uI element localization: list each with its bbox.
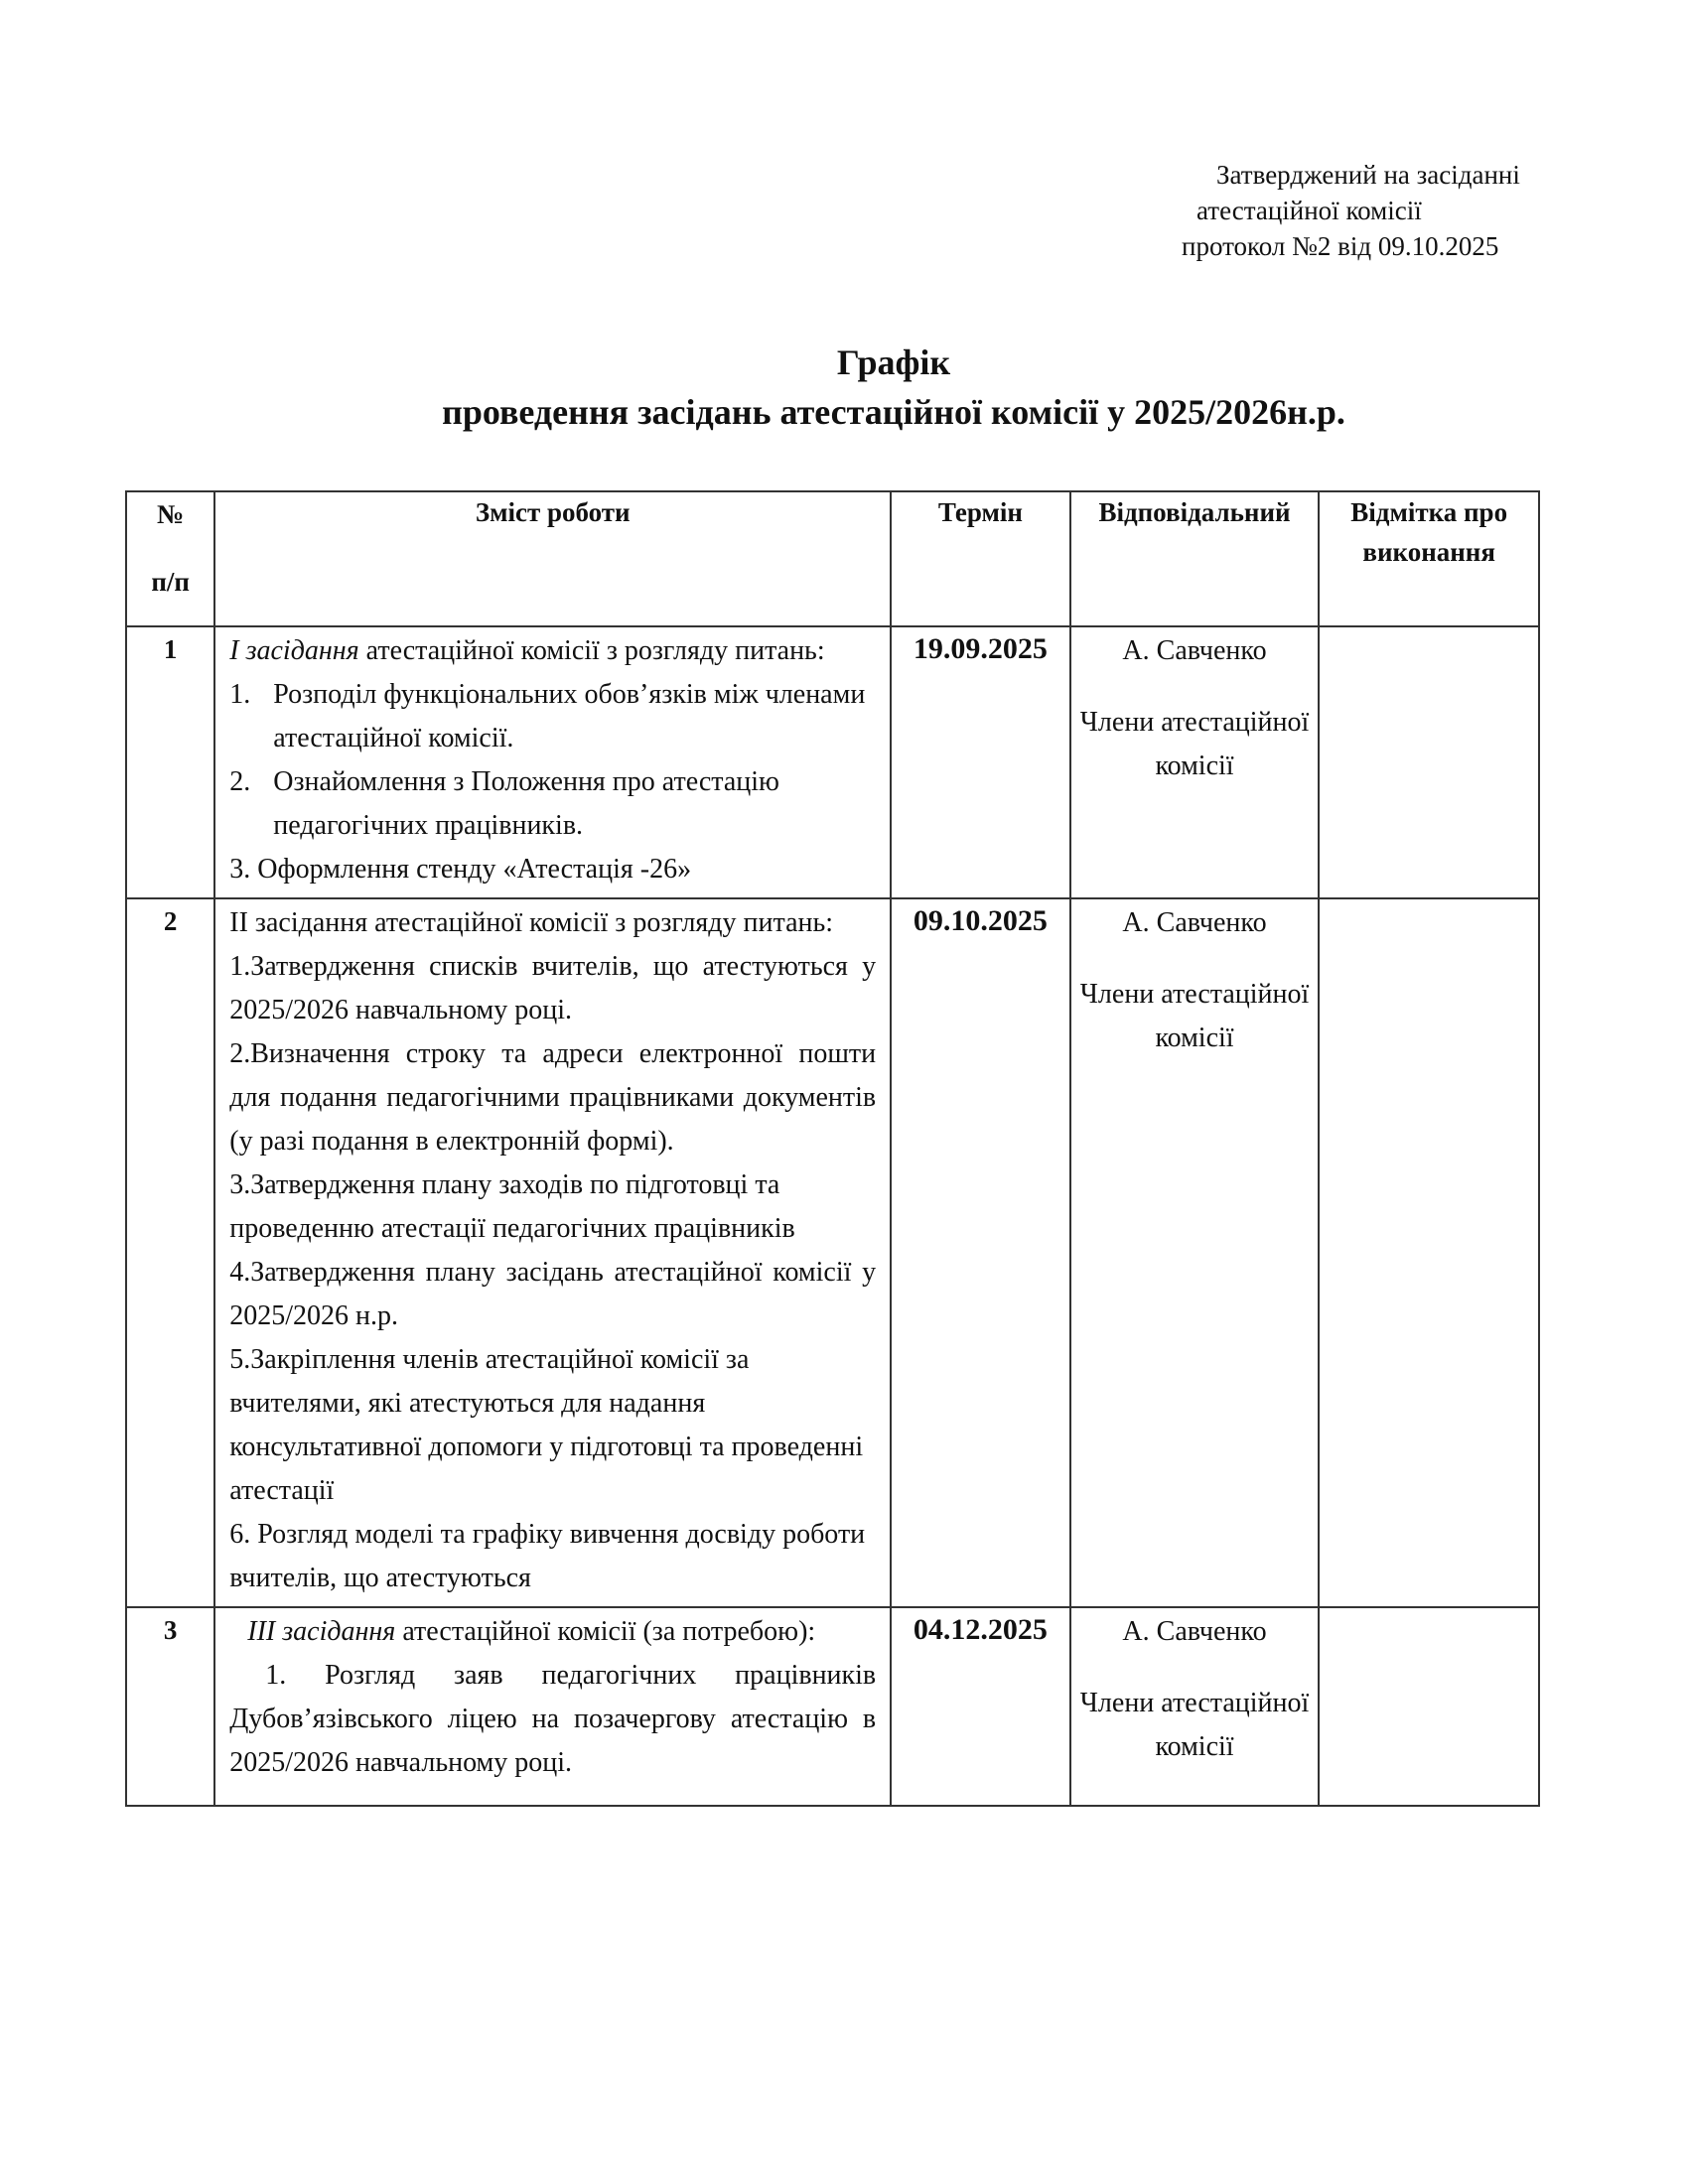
table-row: 1 І засідання атестаційної комісії з роз… [126, 626, 1539, 898]
schedule-table: № п/п Зміст роботи Термін Відповідальний… [125, 490, 1540, 1807]
list-item-number: 2. [229, 760, 273, 804]
row-content: ІІ засідання атестаційної комісії з розг… [214, 898, 891, 1607]
list-item-number: 1. [229, 673, 273, 717]
row-term: 09.10.2025 [891, 898, 1070, 1607]
row-number: 1 [126, 626, 214, 898]
row-responsible: А. Савченко Члени атестаційної комісії [1070, 1607, 1320, 1806]
header-number-bottom: п/п [127, 562, 213, 602]
row-mark [1319, 626, 1539, 898]
list-item: 2.Визначення строку та адреси електронно… [229, 1032, 876, 1163]
row-content: І засідання атестаційної комісії з розгл… [214, 626, 891, 898]
row-responsible: А. Савченко Члени атестаційної комісії [1070, 626, 1320, 898]
row-number: 2 [126, 898, 214, 1607]
meeting-label: І засідання [229, 635, 358, 666]
header-responsible: Відповідальний [1070, 491, 1320, 626]
header-number-top: № [157, 499, 184, 529]
row-term: 04.12.2025 [891, 1607, 1070, 1806]
list-item: 1.Розподіл функціональних обов’язків між… [229, 673, 876, 760]
list-item: 2.Ознайомлення з Положення про атестацію… [229, 760, 876, 848]
approval-stamp: Затверджений на засіданні атестаційної к… [1182, 157, 1599, 264]
title-line-1: Графік [0, 338, 1688, 387]
list-item: 1.Затвердження списків вчителів, що атес… [229, 945, 876, 1032]
list-item-text: Розподіл функціональних обов’язків між ч… [273, 679, 865, 753]
responsible-members: Члени атестаційної комісії [1071, 701, 1319, 788]
list-item-text: Ознайомлення з Положення про атестацію п… [273, 766, 779, 841]
meeting-intro: атестаційної комісії (за потребою): [395, 1616, 815, 1647]
row-intro: ІІІ засідання атестаційної комісії (за п… [229, 1610, 876, 1654]
row-intro: ІІ засідання атестаційної комісії з розг… [229, 901, 876, 945]
list-item: 5.Закріплення членів атестаційної комісі… [229, 1338, 876, 1513]
list-item: 6. Розгляд моделі та графіку вивчення до… [229, 1513, 876, 1600]
header-term: Термін [891, 491, 1070, 626]
approval-line-1: Затверджений на засіданні [1182, 157, 1599, 193]
list-item: 3.Затвердження плану заходів по підготов… [229, 1163, 876, 1251]
header-content: Зміст роботи [214, 491, 891, 626]
row-mark [1319, 898, 1539, 1607]
responsible-person: А. Савченко [1071, 629, 1319, 673]
title-line-2: проведення засідань атестаційної комісії… [0, 387, 1688, 437]
table-row: 3 ІІІ засідання атестаційної комісії (за… [126, 1607, 1539, 1806]
list-item: 4.Затвердження плану засідань атестаційн… [229, 1251, 876, 1338]
row-intro: І засідання атестаційної комісії з розгл… [229, 629, 876, 673]
document-title: Графік проведення засідань атестаційної … [0, 338, 1688, 437]
row-term: 19.09.2025 [891, 626, 1070, 898]
responsible-person: А. Савченко [1071, 1610, 1319, 1654]
list-item: 1. Розгляд заяв педагогічних працівників… [229, 1654, 876, 1799]
header-mark: Відмітка про виконання [1319, 491, 1539, 626]
row-content: ІІІ засідання атестаційної комісії (за п… [214, 1607, 891, 1806]
header-number: № п/п [126, 491, 214, 626]
approval-line-3: протокол №2 від 09.10.2025 [1182, 228, 1599, 264]
table-row: 2 ІІ засідання атестаційної комісії з ро… [126, 898, 1539, 1607]
meeting-label: ІІІ засідання [247, 1616, 395, 1647]
responsible-members: Члени атестаційної комісії [1071, 973, 1319, 1060]
approval-line-2: атестаційної комісії [1182, 193, 1599, 228]
meeting-intro: атестаційної комісії з розгляду питань: [359, 635, 825, 666]
responsible-members: Члени атестаційної комісії [1071, 1682, 1319, 1769]
row-responsible: А. Савченко Члени атестаційної комісії [1070, 898, 1320, 1607]
row-mark [1319, 1607, 1539, 1806]
responsible-person: А. Савченко [1071, 901, 1319, 945]
list-item: 3. Оформлення стенду «Атестація -26» [229, 848, 876, 891]
row-number: 3 [126, 1607, 214, 1806]
table-header-row: № п/п Зміст роботи Термін Відповідальний… [126, 491, 1539, 626]
